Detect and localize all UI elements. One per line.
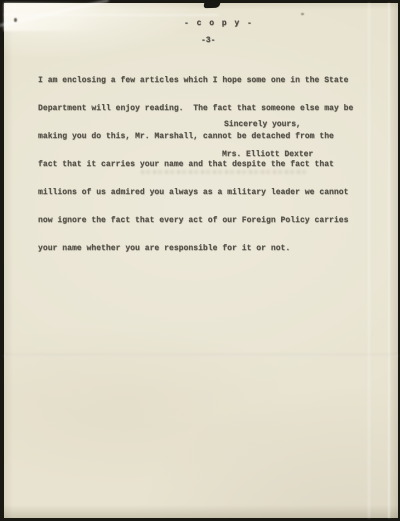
letter-body: I am enclosing a few articles which I ho… [38, 57, 353, 272]
body-line: your name whether you are responsible fo… [38, 244, 353, 253]
paper-crease [368, 3, 370, 518]
paper-crease [388, 3, 390, 518]
closing-line: Sincerely yours, [224, 120, 301, 129]
paper-crease [4, 14, 219, 16]
body-line: making you do this, Mr. Marshall, cannot… [38, 132, 353, 141]
copy-label: - c o p y - [184, 19, 253, 28]
paper-tear-notch [203, 1, 220, 9]
letter-photo: - c o p y - -3- I am enclosing a few art… [0, 0, 400, 521]
body-line: millions of us admired you always as a m… [38, 188, 353, 197]
body-line: now ignore the fact that every act of ou… [38, 216, 353, 225]
body-line: I am enclosing a few articles which I ho… [38, 76, 353, 85]
body-line: Department will enjoy reading. The fact … [38, 104, 353, 113]
paper-crease [4, 354, 398, 357]
signature-line: Mrs. Elliott Dexter [222, 150, 313, 159]
page-number: -3- [201, 36, 215, 45]
paper-fleck [301, 13, 304, 15]
letter-page: - c o p y - -3- I am enclosing a few art… [4, 3, 398, 518]
paper-fleck [14, 18, 17, 22]
body-line: fact that it carries your name and that … [38, 160, 353, 169]
ghost-text-line [141, 170, 309, 174]
